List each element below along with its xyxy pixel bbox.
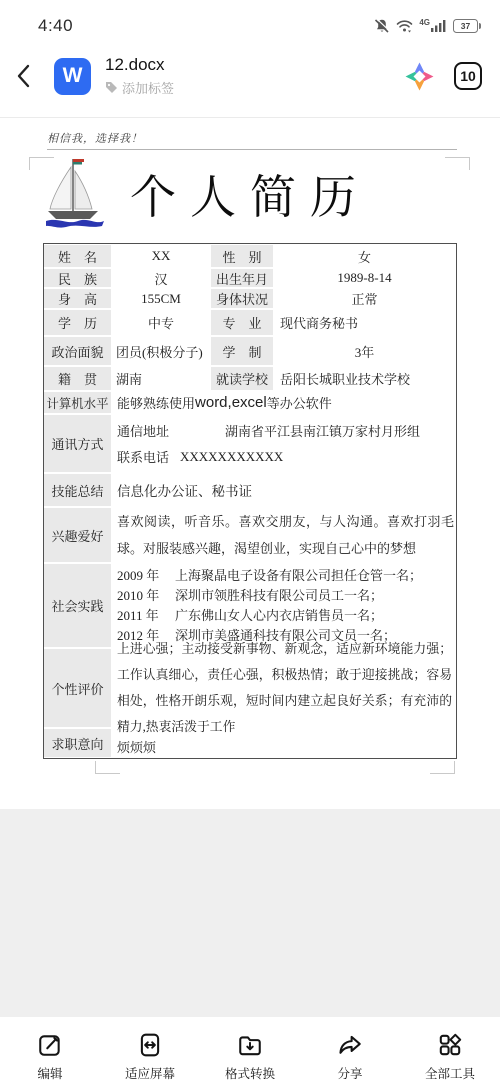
page-header-note: 相信我，选择我！: [47, 130, 143, 146]
clock: 4:40: [38, 16, 73, 36]
ai-sparkle-button[interactable]: [405, 62, 434, 91]
resume-table: 姓 名 XX 性 别 女 民 族 汉 出生年月 1989-8-14 身 高 15…: [43, 243, 457, 759]
share-button[interactable]: 分享: [300, 1026, 400, 1082]
field-label: 民 族: [44, 269, 111, 287]
tag-icon: [105, 81, 118, 94]
signal-bars-icon: 4G: [419, 19, 447, 32]
phone-value: XXXXXXXXXXX: [180, 449, 283, 465]
table-row: 政治面貌 团员(积极分子) 学 制 3年: [44, 336, 456, 366]
field-value: 能够熟练使用 word,excel 等办公软件: [111, 391, 456, 414]
address-label: 通信地址: [117, 421, 170, 440]
field-label: 姓 名: [44, 245, 111, 267]
table-row-hobby: 兴趣爱好 喜欢阅读，听音乐。喜欢交朋友，与人沟通。喜欢打羽毛球。对服装感兴趣，渴…: [44, 507, 456, 563]
field-label: 计算机水平: [44, 392, 111, 413]
wifi-icon: [396, 19, 413, 33]
field-value: 信息化办公证、秘书证: [111, 473, 456, 507]
field-value: 烦烦烦: [111, 728, 456, 758]
field-value: 喜欢阅读，听音乐。喜欢交朋友，与人沟通。喜欢打羽毛球。对服装感兴趣，渴望创业，实…: [111, 507, 456, 563]
header-rule: [47, 149, 457, 150]
table-row: 籍 贯 湖南 就读学校 岳阳长城职业技术学校: [44, 366, 456, 391]
field-label: 身 高: [44, 289, 111, 308]
table-row: 身 高 155CM 身体状况 正常: [44, 288, 456, 309]
field-value: 汉: [111, 268, 211, 288]
table-row-skills: 技能总结 信息化办公证、秘书证: [44, 473, 456, 507]
all-tools-icon: [437, 1032, 463, 1058]
battery-icon: 37: [453, 19, 478, 33]
field-value: 3年: [273, 336, 456, 366]
table-row-computer: 计算机水平 能够熟练使用 word,excel 等办公软件: [44, 391, 456, 414]
margin-mark: [430, 761, 455, 774]
field-label: 就读学校: [211, 367, 273, 390]
practice-item: 2011 年 广东佛山女人心内衣店销售员一名；: [117, 606, 452, 626]
field-label: 身体状况: [211, 289, 273, 308]
field-label: 籍 贯: [44, 367, 111, 390]
address-value: 湖南省平江县南江镇万家村月形组: [225, 421, 420, 440]
field-label: 学 历: [44, 310, 111, 335]
field-value: 中专: [111, 309, 211, 336]
field-label: 出生年月: [211, 269, 273, 287]
network-type-label: 4G: [419, 18, 430, 27]
field-label: 求职意向: [44, 729, 111, 757]
document-page[interactable]: 相信我，选择我！ 个人简历 姓 名 XX 性 别 女 民 族 汉 出生年月 19…: [0, 118, 500, 809]
table-row-contact: 通讯方式 通信地址 湖南省平江县南江镇万家村月形组 联系电话 XXXXXXXXX…: [44, 414, 456, 473]
word-doc-icon: W: [54, 58, 91, 95]
field-value: XX: [111, 244, 211, 268]
status-bar: 4:40 4G 37: [0, 0, 500, 45]
share-icon: [337, 1032, 363, 1058]
margin-mark: [95, 761, 120, 774]
field-value: 现代商务秘书: [273, 309, 456, 336]
table-row-intention: 求职意向 烦烦烦: [44, 728, 456, 758]
field-label: 技能总结: [44, 474, 111, 506]
practice-item: 2009 年 上海聚晶电子设备有限公司担任仓管一名；: [117, 566, 452, 586]
field-value: 155CM: [111, 288, 211, 309]
table-row: 学 历 中专 专 业 现代商务秘书: [44, 309, 456, 336]
table-row: 姓 名 XX 性 别 女: [44, 244, 456, 268]
field-value: 团员(积极分子): [111, 336, 211, 366]
canvas-background: [0, 809, 500, 1017]
field-value: 女: [273, 244, 456, 268]
fit-screen-button[interactable]: 适应屏幕: [100, 1026, 200, 1082]
all-tools-button[interactable]: 全部工具: [400, 1026, 500, 1082]
battery-percent: 37: [461, 21, 470, 31]
app-header: W 12.docx 添加标签 10: [0, 45, 500, 118]
back-button[interactable]: [16, 58, 46, 94]
resume-title: 个人简历: [0, 161, 500, 227]
folder-download-icon: [237, 1032, 263, 1058]
format-convert-button[interactable]: 格式转换: [200, 1026, 300, 1082]
open-documents-count-button[interactable]: 10: [454, 62, 482, 90]
field-label: 性 别: [211, 245, 273, 267]
field-label: 通讯方式: [44, 415, 111, 472]
edit-icon: [37, 1032, 63, 1058]
field-value: 上进心强；主动接受新事物、新观念，适应新环境能力强；工作认真细心，责任心强，积极…: [111, 648, 456, 728]
practice-item: 2010 年 深圳市领胜科技有限公司员工一名；: [117, 586, 452, 606]
field-label: 社会实践: [44, 564, 111, 647]
field-label: 专 业: [211, 310, 273, 335]
phone-label: 联系电话: [117, 447, 170, 466]
edit-button[interactable]: 编辑: [0, 1026, 100, 1082]
table-row-personality: 个性评价 上进心强；主动接受新事物、新观念，适应新环境能力强；工作认真细心，责任…: [44, 648, 456, 728]
mute-bell-icon: [374, 18, 390, 34]
bottom-toolbar: 编辑 适应屏幕 格式转换 分享 全部工具: [0, 1017, 500, 1091]
field-value: 通信地址 湖南省平江县南江镇万家村月形组 联系电话 XXXXXXXXXXX: [111, 414, 456, 473]
add-tag-button[interactable]: 添加标签: [105, 78, 174, 97]
field-label: 个性评价: [44, 649, 111, 727]
fit-screen-icon: [137, 1032, 163, 1058]
field-value: 湖南: [111, 366, 211, 391]
field-label: 兴趣爱好: [44, 508, 111, 562]
field-label: 政治面貌: [44, 337, 111, 365]
table-row: 民 族 汉 出生年月 1989-8-14: [44, 268, 456, 288]
document-filename: 12.docx: [105, 55, 174, 75]
field-value: 1989-8-14: [273, 268, 456, 288]
field-value: 岳阳长城职业技术学校: [273, 366, 456, 391]
field-value: 正常: [273, 288, 456, 309]
field-label: 学 制: [211, 337, 273, 365]
